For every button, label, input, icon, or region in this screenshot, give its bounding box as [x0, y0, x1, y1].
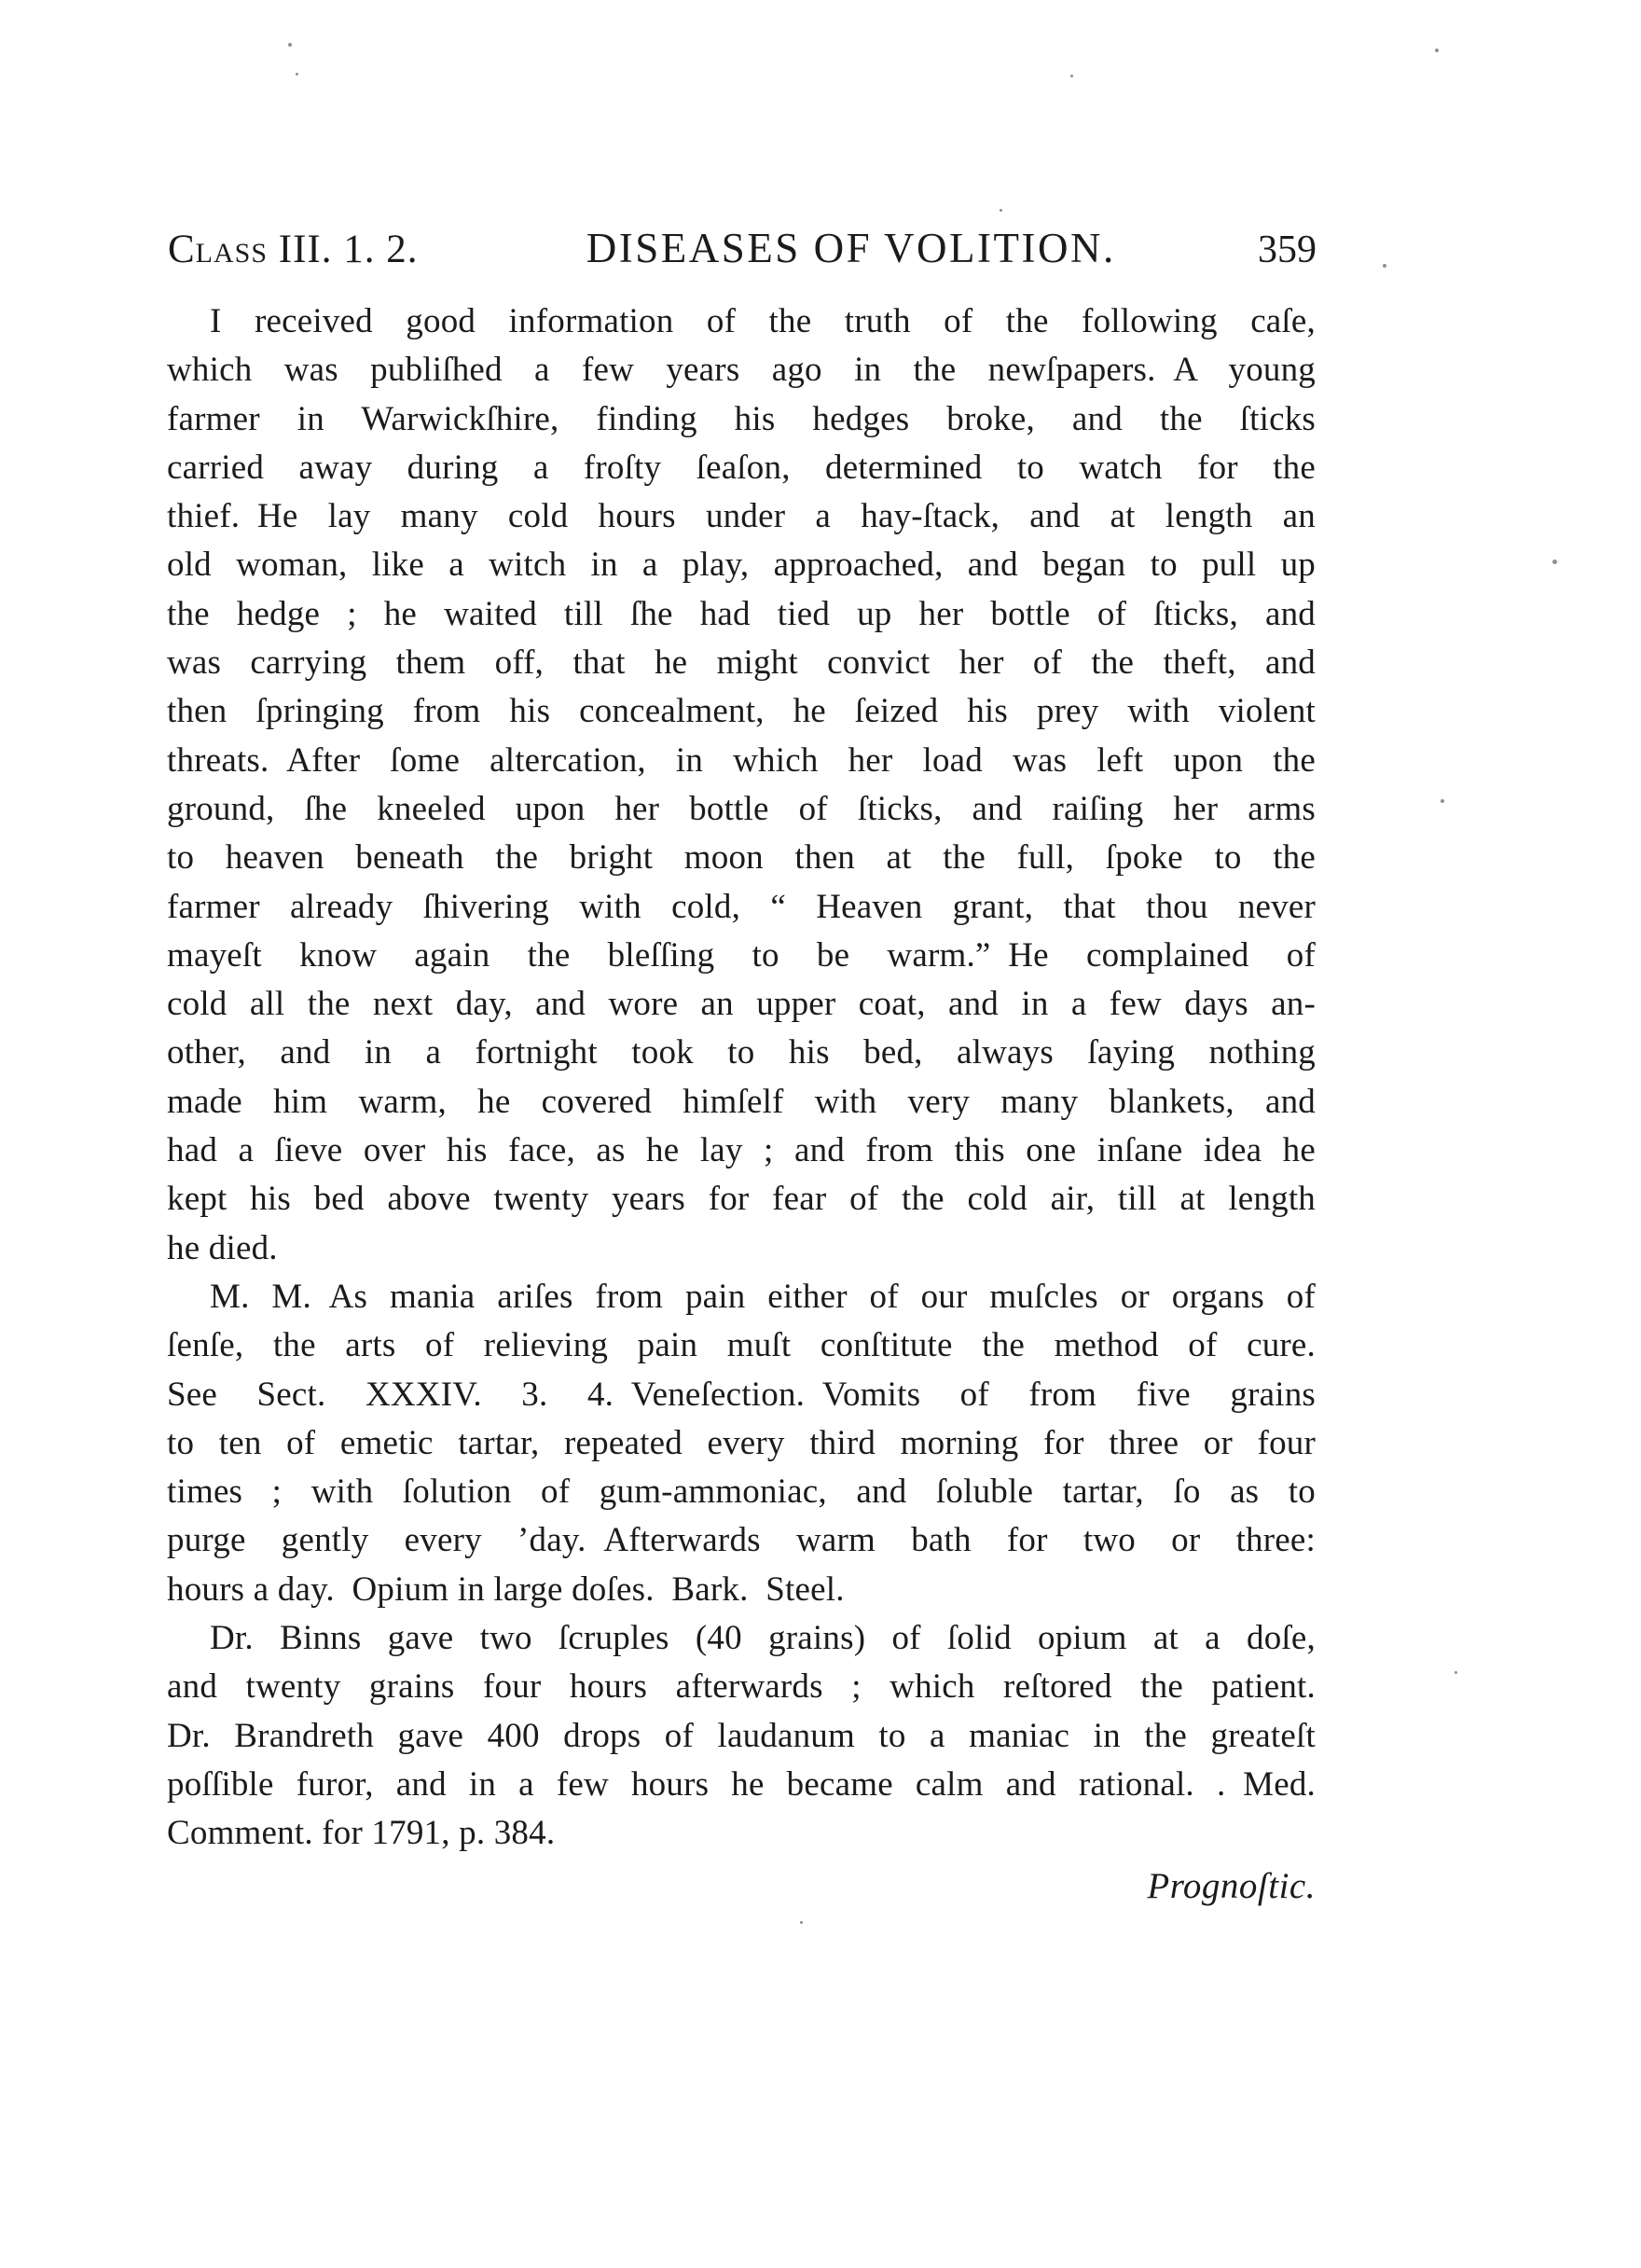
- text-line: cold all the next day, and wore an upper…: [167, 980, 1316, 1029]
- class-numerals: III. 1. 2.: [268, 228, 418, 271]
- text-line: was carrying them off, that he might con…: [167, 639, 1316, 687]
- text-line: purge gently every ’day. Afterwards warm…: [167, 1516, 1316, 1565]
- scan-speck: [1455, 1671, 1457, 1674]
- text-line: poſſible furor, and in a few hours he be…: [167, 1761, 1316, 1809]
- text-line: kept his bed above twenty years for fear…: [167, 1175, 1316, 1224]
- page-number: 359: [1258, 228, 1317, 272]
- text-line: threats. After ſome altercation, in whic…: [167, 737, 1316, 785]
- text-line: mayeſt know again the bleſſing to be war…: [167, 932, 1316, 980]
- class-word: Class: [168, 228, 268, 271]
- text-line: Comment. for 1791, p. 384.: [167, 1809, 1316, 1858]
- text-line: had a ſieve over his face, as he lay ; a…: [167, 1127, 1316, 1175]
- scan-speck: [1441, 799, 1444, 803]
- text-line: carried away during a froſty ſeaſon, det…: [167, 444, 1316, 492]
- text-line: Dr. Binns gave two ſcruples (40 grains) …: [167, 1614, 1316, 1663]
- scan-speck: [1383, 264, 1386, 268]
- text-line: made him warm, he covered himſelf with v…: [167, 1078, 1316, 1127]
- text-line: ſenſe, the arts of relieving pain muſt c…: [167, 1321, 1316, 1370]
- text-line: thief. He lay many cold hours under a ha…: [167, 492, 1316, 541]
- page-body: I received good information of the truth…: [167, 297, 1316, 1859]
- text-line: I received good information of the truth…: [167, 297, 1316, 346]
- text-line: other, and in a fortnight took to his be…: [167, 1029, 1316, 1077]
- text-line: ground, ſhe kneeled upon her bottle of ſ…: [167, 785, 1316, 834]
- paragraph: I received good information of the truth…: [167, 297, 1316, 1273]
- scan-speck: [1435, 48, 1439, 52]
- paragraph: M. M. As mania ariſes from pain either o…: [167, 1273, 1316, 1614]
- scan-speck: [296, 73, 298, 76]
- text-line: See Sect. XXXIV. 3. 4. Veneſection. Vomi…: [167, 1371, 1316, 1419]
- text-line: M. M. As mania ariſes from pain either o…: [167, 1273, 1316, 1321]
- text-line: he died.: [167, 1224, 1316, 1273]
- scan-speck: [1552, 560, 1557, 564]
- text-line: then ſpringing from his concealment, he …: [167, 687, 1316, 736]
- text-line: the hedge ; he waited till ſhe had tied …: [167, 590, 1316, 639]
- section-label: Class III. 1. 2.: [168, 227, 419, 272]
- text-line: and twenty grains four hours afterwards …: [167, 1663, 1316, 1711]
- text-line: to heaven beneath the bright moon then a…: [167, 834, 1316, 882]
- page-header: Class III. 1. 2. DISEASES OF VOLITION. 3…: [168, 224, 1317, 272]
- scan-speck: [1070, 75, 1073, 77]
- scan-speck: [288, 43, 292, 47]
- book-page: Class III. 1. 2. DISEASES OF VOLITION. 3…: [0, 0, 1641, 2268]
- text-line: times ; with ſolution of gum-ammoniac, a…: [167, 1468, 1316, 1516]
- page-title: DISEASES OF VOLITION.: [586, 224, 1116, 272]
- text-line: to ten of emetic tartar, repeated every …: [167, 1419, 1316, 1468]
- text-line: farmer already ſhivering with cold, “ He…: [167, 883, 1316, 932]
- paragraph: Dr. Binns gave two ſcruples (40 grains) …: [167, 1614, 1316, 1858]
- catchword: Prognoſtic.: [167, 1865, 1316, 1907]
- text-line: which was publiſhed a few years ago in t…: [167, 346, 1316, 394]
- text-line: old woman, like a witch in a play, appro…: [167, 541, 1316, 589]
- text-line: hours a day. Opium in large doſes. Bark.…: [167, 1566, 1316, 1614]
- scan-speck: [800, 1921, 803, 1924]
- text-line: Dr. Brandreth gave 400 drops of laudanum…: [167, 1712, 1316, 1761]
- text-line: farmer in Warwickſhire, finding his hedg…: [167, 395, 1316, 444]
- scan-speck: [1000, 209, 1002, 212]
